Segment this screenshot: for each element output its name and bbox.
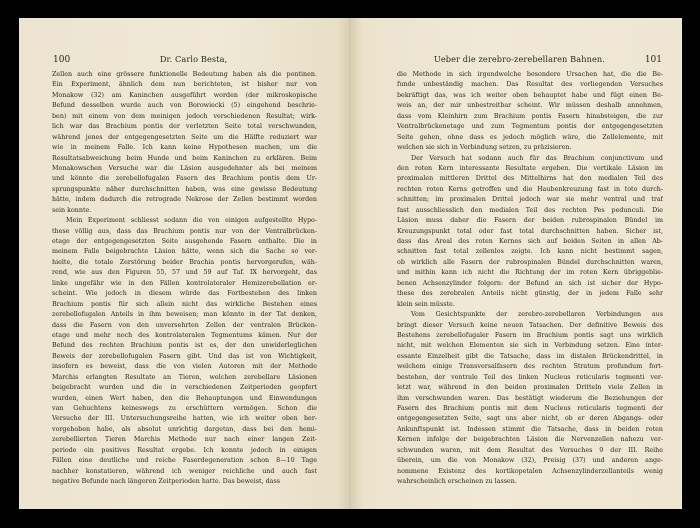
text-line: Ventralbrückenetage und zum Tegmentum po…: [397, 122, 663, 132]
text-line: negative Befunde nach längeren Zeitperio…: [52, 477, 317, 487]
text-line: Der Versuch hat sodann auch für das Brac…: [397, 154, 663, 164]
text-line: schwunden waren, mit dem Resultat des Ve…: [397, 446, 663, 456]
text-line: Monakow (32) am Kaninchen ausgeführt wor…: [52, 91, 317, 101]
text-line: Seite gehen, ohne dass es jedoch möglich…: [397, 133, 663, 143]
text-line: ob wirklich alle Fasern der rubrospinale…: [397, 258, 663, 268]
text-line: etage und mehr noch des kontrolateralen …: [52, 331, 317, 341]
text-line: die Methode in sich irgendwelche besonde…: [397, 70, 663, 80]
text-line: Bestehens zerebellofugaler Fasern im Bra…: [397, 331, 663, 341]
text-line: dass vom Kleinhirn zum Brachium pontis F…: [397, 112, 663, 122]
text-line: insofern es beweist, dass die von vielen…: [52, 362, 317, 372]
text-line: schnitten; im proximalen Drittel jedoch …: [397, 195, 663, 205]
left-page-body: Zellen auch eine grössere funktionelle B…: [52, 70, 317, 488]
text-line: these völlig aus, dass das Brachium pont…: [52, 227, 317, 237]
text-line: Läsion muss daher die Fasern der beiden …: [397, 216, 663, 226]
right-page-header: Ueber die zerebro-zerebellaren Bahnen. 1…: [394, 54, 662, 65]
text-line: these des zerebralen Anteils nicht günst…: [397, 289, 663, 299]
text-line: linke ungefähr wie in den Fällen kontrol…: [52, 279, 317, 289]
text-line: lich war das Brachium pontis der verletz…: [52, 122, 317, 132]
text-line: bekräftigt das, was ich weiter oben beha…: [397, 91, 663, 101]
left-page: 100 Dr. Carlo Besta, Zellen auch eine gr…: [19, 18, 350, 509]
text-line: letzt war, während in den beiden proxima…: [397, 383, 663, 393]
text-line: welchem einige Transversalfasern des rec…: [397, 362, 663, 372]
text-line: Versuche der III. Untersuchungsreihe hat…: [52, 414, 317, 424]
text-line: dass die Fasern von den unversehrten Zel…: [52, 321, 317, 331]
text-line: welchen sie sich in Verbindung setzen, z…: [397, 143, 663, 153]
text-line: und könnte die zerebellofugalen Fasern d…: [52, 174, 317, 184]
text-line: fast ausschliesslich den medialen Teil d…: [397, 206, 663, 216]
text-line: Fasern des Brachium pontis mit dem Nucle…: [397, 404, 663, 414]
text-line: wurden, einen Wert haben, den die Behaup…: [52, 394, 317, 404]
text-line: Befund des rechten Brachium pontis ist e…: [52, 341, 317, 351]
text-line: Resultatsabweichung beim Hunde und beim …: [52, 154, 317, 164]
text-line: nommene Existenz des kortikopetalen Achs…: [397, 467, 663, 477]
text-line: rechten roten Kerns getroffen und die Ha…: [397, 185, 663, 195]
text-line: hätte, indem dadurch die retrograde Nekr…: [52, 195, 317, 205]
text-line: weis an, der mir unbestreitbar scheint. …: [397, 101, 663, 111]
text-line: und mithin kann ich nicht die Richtung d…: [397, 268, 663, 278]
text-line: ihm verschwunden waren. Das bestätigt wi…: [397, 394, 663, 404]
text-line: periode ein positives Resultat ergebe. I…: [52, 446, 317, 456]
text-line: Befund desselben wurde auch von Borowiec…: [52, 101, 317, 111]
text-line: scheint. Wie jedoch in diesem würde das …: [52, 289, 317, 299]
text-line: Marchis erlangten Resultate an Tieren, w…: [52, 373, 317, 383]
text-line: Brachium pontis für sich allein nicht da…: [52, 300, 317, 310]
text-line: rend, wie aus den Figuren 55, 57 und 59 …: [52, 268, 317, 278]
text-line: Vom Gesichtspunkte der zerebro-zerebella…: [397, 310, 663, 320]
text-line: Kreuzungspunkt total oder fast total dur…: [397, 227, 663, 237]
right-page-body: die Methode in sich irgendwelche besonde…: [397, 70, 663, 488]
text-line: den roten Kern interessante Resultate er…: [397, 164, 663, 174]
text-line: sprungspunkte näher durchschnitten haben…: [52, 185, 317, 195]
text-line: während jenes der entgegengesetzten Seit…: [52, 133, 317, 143]
text-line: sein konnte.: [52, 206, 317, 216]
text-line: entgegengesetzten Seite, sagt uns aber n…: [397, 414, 663, 424]
text-line: van Gehuchtens keineswegs zu erschüttern…: [52, 404, 317, 414]
text-line: etage der entgegengesetzten Seite ausgeh…: [52, 237, 317, 247]
text-line: schnitten fast total zellenlos zeigte. I…: [397, 247, 663, 257]
page-number: 100: [53, 55, 70, 65]
text-line: wahrscheinlich erscheinen zu lassen.: [397, 477, 663, 487]
running-head: Dr. Carlo Besta,: [70, 54, 317, 64]
text-line: Fällen eine deutliche und reiche Faserde…: [52, 456, 317, 466]
text-line: zerebellofugalen Anteils in ihm beweisen…: [52, 310, 317, 320]
text-line: Zellen auch eine grössere funktionelle B…: [52, 70, 317, 80]
text-line: bestehen, der ventrale Teil des linken N…: [397, 373, 663, 383]
text-line: nachher konstatieren, während ich wenige…: [52, 467, 317, 477]
text-line: funde unbeständig machen. Das Resultat d…: [397, 80, 663, 90]
text-line: Ankunftspunkt ist. Indessen stimmt die T…: [397, 425, 663, 435]
text-line: meinem Falle beigebrachte Läsion hätte, …: [52, 247, 317, 257]
text-line: essante Einzelheit gibt die Tatsache, da…: [397, 352, 663, 362]
text-line: überein, um die von Monakow (32), Preisi…: [397, 456, 663, 466]
text-line: proximalen mittleren Drittel des Mittelh…: [397, 174, 663, 184]
text-line: Beweis der zerebellofugalen Fasern gibt.…: [52, 352, 317, 362]
text-line: Ein Experiment, ähnlich dem nun berichte…: [52, 80, 317, 90]
text-line: wie in meinem Falle. Ich kann keine Hypo…: [52, 143, 317, 153]
text-line: klein sein müsste.: [397, 300, 663, 310]
text-line: nicht, mit welchen Elementen sie sich in…: [397, 341, 663, 351]
page-number: 101: [645, 55, 662, 65]
text-line: Mein Experiment schliesst sodann die von…: [52, 216, 317, 226]
right-page: Ueber die zerebro-zerebellaren Bahnen. 1…: [350, 18, 682, 509]
left-page-header: 100 Dr. Carlo Besta,: [53, 54, 317, 65]
text-line: benen Achsenzylinder folgern: der Befund…: [397, 279, 663, 289]
text-line: vorgehoben habe, als absolut unrichtig d…: [52, 425, 317, 435]
text-line: beigebracht wurden und die in verschiede…: [52, 383, 317, 393]
text-line: zerebellierten Tieren Marchis Methode nu…: [52, 435, 317, 445]
text-line: Kernen infolge der beigebrachten Läsion …: [397, 435, 663, 445]
text-line: hielte, die totale Zerstörung beider Bra…: [52, 258, 317, 268]
text-line: bringt dieser Versuch keine neuen Tatsac…: [397, 321, 663, 331]
running-head: Ueber die zerebro-zerebellaren Bahnen.: [394, 54, 645, 64]
text-line: ben) mit einem von dem meinigen jedoch v…: [52, 112, 317, 122]
text-line: dass das Areal des roten Kernes sich auf…: [397, 237, 663, 247]
text-line: Monakowschen Versuche war die Läsion aus…: [52, 164, 317, 174]
